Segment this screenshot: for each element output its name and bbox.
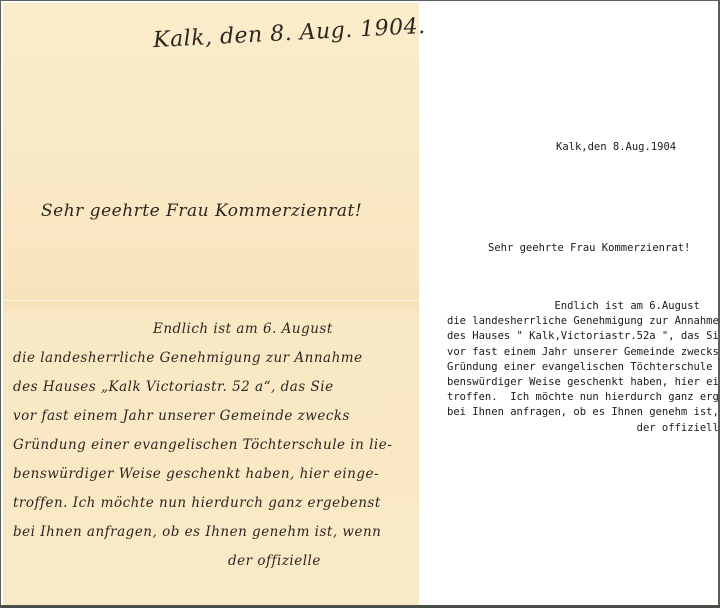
handwritten-line: bei Ihnen anfragen, ob es Ihnen genehm i…	[13, 524, 381, 540]
transcription-date: Kalk,den 8.Aug.1904	[556, 141, 676, 153]
handwritten-line: Gründung einer evangelischen Töchterschu…	[13, 437, 392, 453]
handwritten-line: des Hauses „Kalk Victoriastr. 52 a“, das…	[13, 379, 334, 395]
document-frame: Kalk, den 8. Aug. 1904. Sehr geehrte Fra…	[0, 0, 720, 607]
handwritten-line: troffen. Ich möchte nun hierdurch ganz e…	[13, 495, 381, 511]
handwritten-line: Endlich ist am 6. August	[153, 321, 333, 337]
transcription-salutation: Sehr geehrte Frau Kommerzienrat!	[488, 242, 690, 254]
handwritten-date: Kalk, den 8. Aug. 1904.	[153, 14, 427, 53]
paper-fold-line	[3, 299, 419, 302]
handwritten-line: vor fast einem Jahr unserer Gemeinde zwe…	[13, 408, 350, 424]
transcription-body: Endlich ist am 6.August die landesherrli…	[447, 299, 720, 436]
handwritten-line: die landesherrliche Genehmigung zur Anna…	[13, 350, 363, 366]
handwritten-line: benswürdiger Weise geschenkt haben, hier…	[13, 466, 379, 482]
handwritten-letter-scan: Kalk, den 8. Aug. 1904. Sehr geehrte Fra…	[3, 3, 419, 605]
handwritten-line: der offizielle	[228, 553, 321, 569]
handwritten-salutation: Sehr geehrte Frau Kommerzienrat!	[41, 201, 362, 221]
